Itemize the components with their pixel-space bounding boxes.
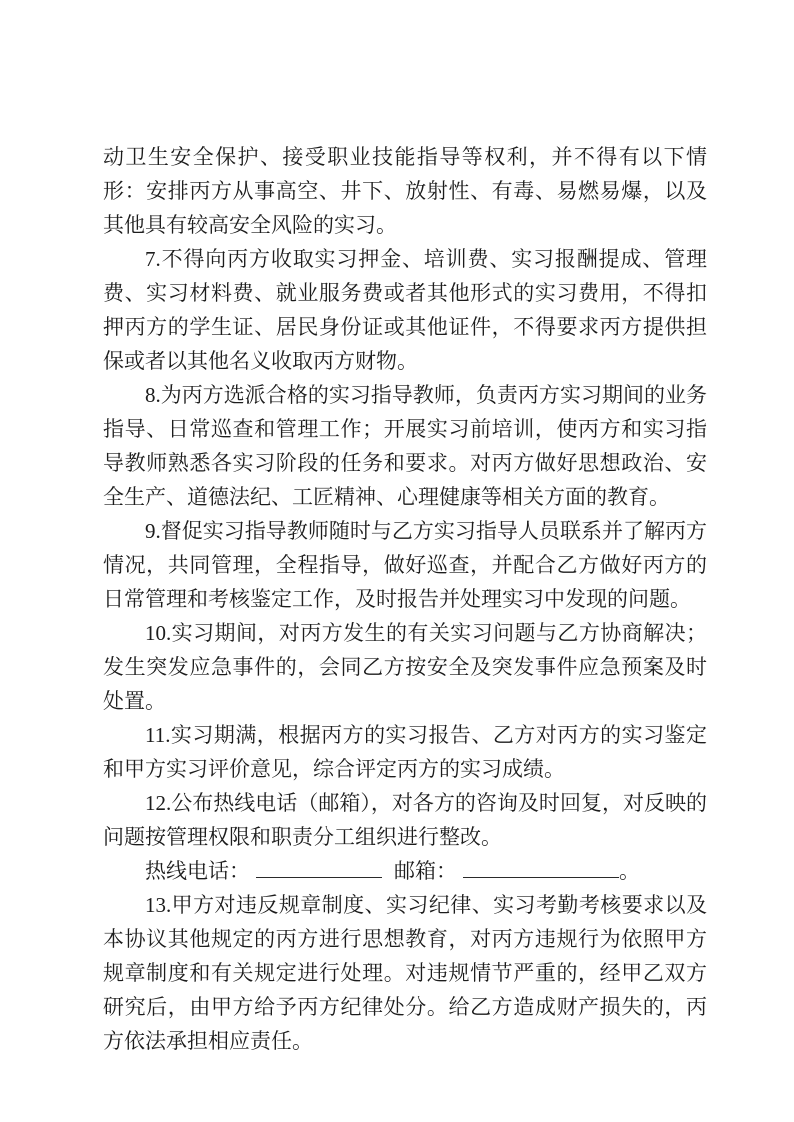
hotline-phone-blank-line	[256, 856, 382, 878]
paragraph-clause-12: 12.公布热线电话（邮箱），对各方的咨询及时回复，对反映的问题按管理权限和职责分…	[103, 786, 707, 854]
hotline-line: 热线电话：邮箱：。	[103, 854, 707, 888]
hotline-phone-label: 热线电话：	[145, 859, 250, 883]
hotline-email-blank-line	[463, 856, 619, 878]
hotline-email-label: 邮箱：	[394, 859, 457, 883]
paragraph-clause-11: 11.实习期满，根据丙方的实习报告、乙方对丙方的实习鉴定和甲方实习评价意见，综合…	[103, 718, 707, 786]
paragraph-continuation: 动卫生安全保护、接受职业技能指导等权利，并不得有以下情形：安排丙方从事高空、井下…	[103, 140, 707, 242]
hotline-period: 。	[619, 859, 640, 883]
paragraph-clause-8: 8.为丙方选派合格的实习指导教师，负责丙方实习期间的业务指导、日常巡查和管理工作…	[103, 378, 707, 514]
paragraph-clause-7: 7.不得向丙方收取实习押金、培训费、实习报酬提成、管理费、实习材料费、就业服务费…	[103, 242, 707, 378]
document-content: 动卫生安全保护、接受职业技能指导等权利，并不得有以下情形：安排丙方从事高空、井下…	[103, 140, 707, 1058]
paragraph-clause-10: 10.实习期间，对丙方发生的有关实习问题与乙方协商解决；发生突发应急事件的，会同…	[103, 616, 707, 718]
paragraph-clause-9: 9.督促实习指导教师随时与乙方实习指导人员联系并了解丙方情况，共同管理，全程指导…	[103, 514, 707, 616]
document-page: 动卫生安全保护、接受职业技能指导等权利，并不得有以下情形：安排丙方从事高空、井下…	[0, 0, 794, 1122]
paragraph-clause-13: 13.甲方对违反规章制度、实习纪律、实习考勤考核要求以及本协议其他规定的丙方进行…	[103, 888, 707, 1058]
